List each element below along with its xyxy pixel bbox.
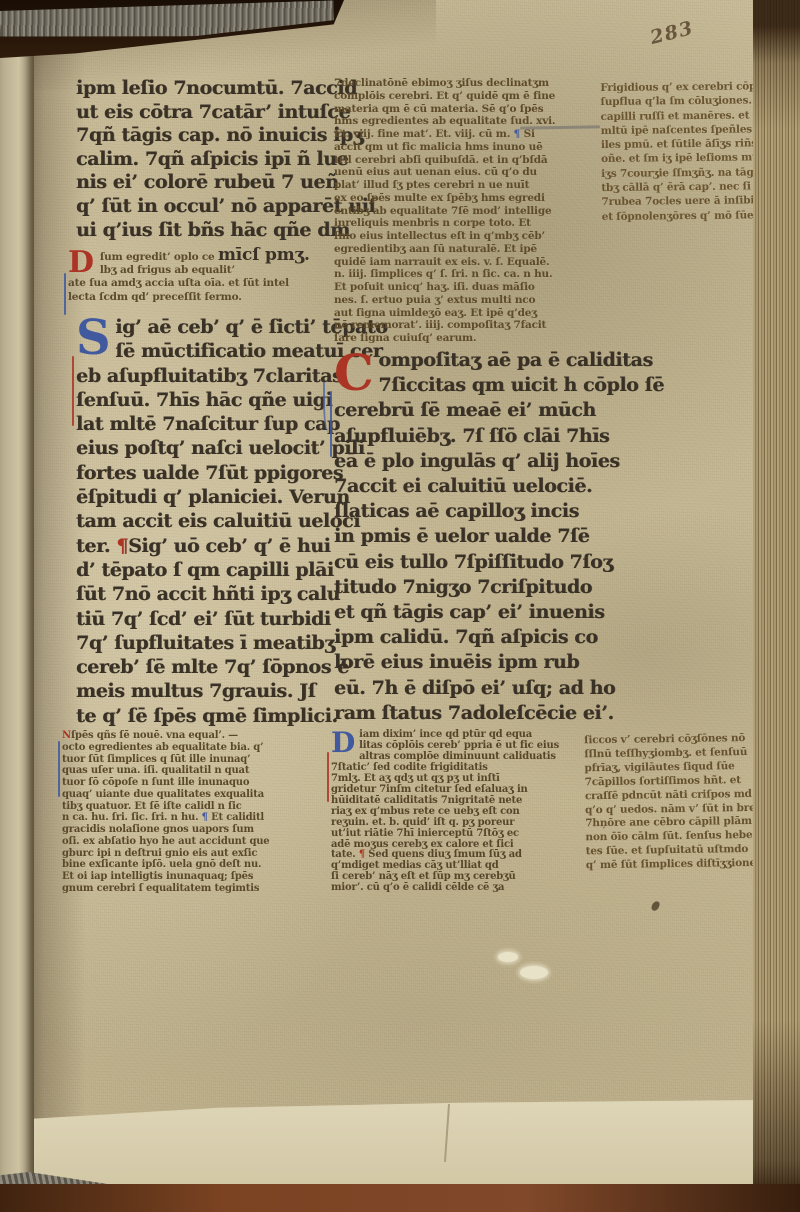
text-line: d’ tēpato ſ qm capilli plāi bbox=[76, 558, 365, 582]
damage-spot bbox=[520, 966, 548, 979]
text-line: calim. 7qñ aſpicis ipī ñ lue bbox=[76, 148, 376, 172]
text-line: 7ſiccitas qm uicit h cōplo ſē bbox=[334, 373, 620, 398]
text-span: Sig’ uō ceb’ q’ ē hui bbox=[128, 535, 330, 557]
text-line: ter. ¶Sig’ uō ceb’ q’ ē hui bbox=[76, 534, 365, 558]
leather-cover-edge bbox=[0, 1184, 800, 1212]
text-line: ipm leſio 7nocumtū. 7accid bbox=[76, 77, 376, 101]
text-line: ex eo ſpēs multe ex ſpēbʒ hms egredi bbox=[334, 192, 555, 205]
text-line: nis ei’ colorē rubeū 7 ueñ bbox=[76, 171, 376, 195]
damage-spot bbox=[498, 952, 518, 962]
text-line: tam accit eis caluitiū ueloci bbox=[76, 509, 365, 533]
text-line: ſūt 7nō accit hñti ipʒ calu bbox=[76, 582, 365, 606]
text-line: ēſpitudi q’ planiciei. Verun bbox=[76, 485, 365, 509]
blue-bracket-mark bbox=[323, 382, 332, 432]
text-line: lorē eius inuēis ipm rub bbox=[334, 650, 620, 675]
text-line: Et poſuit unicq’ haʒ. iſi. duas māſio bbox=[334, 281, 555, 294]
text-line: 7q’ ſupfluitates ī meatibʒ bbox=[76, 631, 365, 655]
book-fore-edge bbox=[753, 0, 800, 1190]
text-span: Et caliditl bbox=[208, 812, 264, 823]
text-line: bine exſicante ipſō. uela gnō deſt nu. bbox=[62, 859, 269, 871]
text-span: Sed quens diuʒ ſmum ſūʒ ad bbox=[365, 849, 522, 860]
text-line: ut eis cōtra 7catār’ intuſce bbox=[76, 101, 376, 125]
text-span: n ca. hu. ſri. ſic. ſri. n hu. bbox=[62, 812, 202, 823]
text-line: tril cerebri abſi quibuſdā. et in q’bſdā bbox=[334, 154, 555, 167]
text-line: octo egredientes ab equalitate bia. q’ bbox=[62, 742, 269, 754]
text-line: ompoſitaʒ aē pa ē caliditas bbox=[334, 348, 620, 373]
left-column-gloss-1: D ſum egredit’ oplo ce mīcſ pmʒ.lbʒ ad f… bbox=[68, 249, 289, 304]
text-line: inreliquis menbris n corpe toto. Et bbox=[334, 217, 555, 230]
text-line: reʒuin. et. b. quid’ iſt q. pʒ poreur bbox=[331, 818, 531, 829]
underlying-page-edge bbox=[0, 38, 34, 1212]
text-line: 7qñ tāgis cap. nō inuicis ipʒ bbox=[76, 124, 376, 148]
text-line: gnum cerebri ſ equalitatem tegimtis bbox=[62, 883, 269, 895]
text-line: ut’iut riātie 7hī inierceptū 7ſtōʒ ec bbox=[331, 829, 531, 840]
parchment-repair-patch bbox=[30, 1100, 757, 1186]
text-line: lbʒ ad frigus ab equalit’ bbox=[68, 264, 289, 277]
text-line: ig’ aē ceb’ q’ ē ſicti’ tēpato bbox=[76, 315, 365, 339]
text-line: te q’ ſē ſpēs qmē ſimplici. bbox=[76, 704, 365, 728]
text-line: materia qm ē cū materia. Sē q’o ſpēs bbox=[334, 103, 555, 116]
red-paraph-mark: ¶ bbox=[116, 535, 128, 557]
text-line: fortes ualde 7ſūt ppigores bbox=[76, 461, 365, 485]
red-initial-letter: N bbox=[62, 730, 71, 742]
text-line: oſi. ex abſatio hyo he aut accidunt que bbox=[62, 836, 269, 848]
text-line: entibʒ ab equalitate 7ſē mod’ intellige bbox=[334, 205, 555, 218]
text-line: ſenſuū. 7hīs hāc qñe uigi bbox=[76, 388, 365, 412]
text-span: Et. viij. fine mat’. Et. viij. cū m. bbox=[334, 128, 514, 140]
text-line: riaʒ ex q’mbus rete ce uebʒ eſt con bbox=[331, 807, 531, 818]
text-line: Et. viij. fine mat’. Et. viij. cū m. ¶ S… bbox=[334, 128, 555, 141]
text-span: ſum egredit’ oplo ce bbox=[100, 251, 218, 263]
text-line: lat mltē 7naſcitur ſup cap bbox=[76, 412, 365, 436]
text-line: 7declinatōnē ebimoʒ ʒiſus declinatʒm bbox=[334, 77, 555, 90]
text-line: ram ſtatus 7adoleſcēcie ei’. bbox=[334, 701, 620, 726]
large-script-span: mīcſ pmʒ. bbox=[218, 245, 310, 265]
initial-flourish bbox=[58, 741, 60, 797]
text-span: 7hņōre ane cēbro cāpill plām bbox=[585, 815, 752, 829]
blue-initial-letter: D bbox=[331, 731, 355, 754]
initial-flourish bbox=[72, 356, 74, 426]
text-line: Et oi iap intelligtis inunaquaq; ſpēs bbox=[62, 871, 269, 883]
middle-column-gloss-bottom: D iam dixim’ ince qd ptūr qd equalitas c… bbox=[331, 730, 531, 894]
text-line: nes. ſ. ertuo puia ʒ’ extus multi nco bbox=[334, 294, 555, 307]
text-line: n. iiij. ſimplices q’ ſ. ſri. n ſic. ca.… bbox=[334, 268, 555, 281]
text-line: eb aſupfluitatibʒ 7claritas bbox=[76, 364, 365, 388]
text-line: meis multus 7grauis. Jſ bbox=[76, 679, 365, 703]
margin-note-bottom: ſiccos v’ cerebri cōʒſōnes nōſſlnū teſſh… bbox=[584, 732, 768, 874]
text-line: quidē iam narrauit ex eis. v. ſ. Equalē. bbox=[334, 256, 555, 269]
text-line: ſum egredit’ oplo ce mīcſ pmʒ. bbox=[68, 249, 289, 264]
text-line: accit qm ut fic malicia hms inuno uē bbox=[334, 141, 555, 154]
text-line: uenū eius aut uenan eius. cū q’o du bbox=[334, 166, 555, 179]
text-line: ſē mūctificatio meatuī cer bbox=[76, 339, 365, 363]
text-span: tate. bbox=[331, 849, 359, 860]
text-line: nē rememorat’. iiij. compoſitaʒ 7facit bbox=[334, 319, 555, 332]
text-span: ter. bbox=[76, 535, 116, 557]
text-line: lecta ſcdm qd’ preceſſit ſermo. bbox=[68, 291, 289, 304]
middle-column-paragraph: C ompoſitaʒ aē pa ē caliditas7ſiccitas q… bbox=[334, 348, 620, 726]
text-line: q’ ſūt in occul’ nō apparēt uiſ bbox=[76, 195, 376, 219]
text-line: eū. 7h ē diſpō ei’ uſq; ad ho bbox=[334, 676, 620, 701]
text-line: cū eis tullo 7ſpiſſitudo 7ſoʒ bbox=[334, 550, 620, 575]
text-line: aut ſigna uimldeʒō eaʒ. Et ipē q’deʒ bbox=[334, 307, 555, 320]
text-line: gburc ipi n deſtrui gnio eis aut exſic bbox=[62, 848, 269, 860]
text-line: egredientibʒ aan ſū naturalē. Et ipē bbox=[334, 243, 555, 256]
middle-column-gloss-top: 7declinatōnē ebimoʒ ʒiſus declinatʒmcomp… bbox=[334, 77, 555, 345]
text-line: tuor ſō cōpoſe n ſunt ille inunaquo bbox=[62, 777, 269, 789]
text-line: tibʒ quatuor. Et ſē iſte calidl n ſic bbox=[62, 801, 269, 813]
text-line: ate ſua amdʒ accia uſta oīa. et ſūt inte… bbox=[68, 277, 289, 290]
text-line: ſmo eius intellectus eſt in q’mbʒ cēb’ bbox=[334, 230, 555, 243]
red-initial-letter: C bbox=[334, 351, 373, 394]
text-line: quas uſer una. iſi. qualitatil n quat bbox=[62, 765, 269, 777]
text-line: ui q’ius ſit bñs hāc qñe dm bbox=[76, 219, 376, 243]
red-initial-letter: D bbox=[68, 250, 94, 275]
text-line: cereb’ ſē mlte 7q’ ſōpnos ē bbox=[76, 655, 365, 679]
text-line: ipm calidū. 7qñ aſpicis co bbox=[334, 625, 620, 650]
text-line: quaq’ uiante due qualitates exqualita bbox=[62, 789, 269, 801]
text-line: n ca. hu. ſri. ſic. ſri. n hu. ¶ Et cali… bbox=[62, 812, 269, 824]
left-column-gloss-2: N ſpēs qñs ſē nouē. vna equal’. —octo eg… bbox=[62, 730, 269, 895]
text-line: q’ mē ſūt ſimplices diſtīʒʒione bbox=[586, 857, 768, 873]
text-line: gracidis nolaſione gnos uapors ſum bbox=[62, 824, 269, 836]
initial-flourish bbox=[64, 273, 66, 315]
text-line: aſupfluiēbʒ. 7ſ ſſō clāi 7hīs bbox=[334, 424, 620, 449]
text-line: eius poſtq’ naſci uelocit’ pili bbox=[76, 436, 365, 460]
text-line: in pmis ē uelor ualde 7ſē bbox=[334, 524, 620, 549]
blue-initial-letter: S bbox=[76, 318, 110, 359]
text-line: tuor ſūt ſimplices q ſūt ille inunaq’ bbox=[62, 754, 269, 766]
left-column-paragraph-1: ipm leſio 7nocumtū. 7accidut eis cōtra 7… bbox=[76, 77, 376, 242]
text-line: titudo 7nigʒo 7criſpitudo bbox=[334, 575, 620, 600]
text-span: Si bbox=[520, 128, 535, 140]
text-line: 7accit ei caluitiū uelociē. bbox=[334, 474, 620, 499]
left-column-paragraph-2: S ig’ aē ceb’ q’ ē ſicti’ tēpatoſē mūcti… bbox=[76, 315, 365, 728]
text-line: cerebrū ſē meaē ei’ mūch bbox=[334, 398, 620, 423]
text-line: tiū 7q’ ſcd’ ei’ ſūt turbidi bbox=[76, 607, 365, 631]
text-line: ſpēs qñs ſē nouē. vna equal’. — bbox=[62, 730, 269, 742]
text-line: plat’ illud ſʒ ptes cerebri n ue nuīt bbox=[334, 179, 555, 192]
text-line: complōis cerebri. Et q’ quidē qm ē fine bbox=[334, 90, 555, 103]
text-line: eā ē plo ingulās q’ alij hoīes bbox=[334, 449, 620, 474]
text-line: et qñ tāgis cap’ ei’ inuenis bbox=[334, 600, 620, 625]
manuscript-photo: 283 ipm leſio 7nocumtū. 7accidut eis cōt… bbox=[0, 0, 800, 1212]
text-line: ſlaticas aē capilloʒ incis bbox=[334, 499, 620, 524]
text-line: ſſlnū teſſhyʒiombʒ. et ſenſuū bbox=[584, 746, 766, 762]
initial-flourish bbox=[327, 752, 329, 802]
text-line: mior’. cū q’o ē calidi cēlde cē ʒa bbox=[331, 883, 531, 894]
